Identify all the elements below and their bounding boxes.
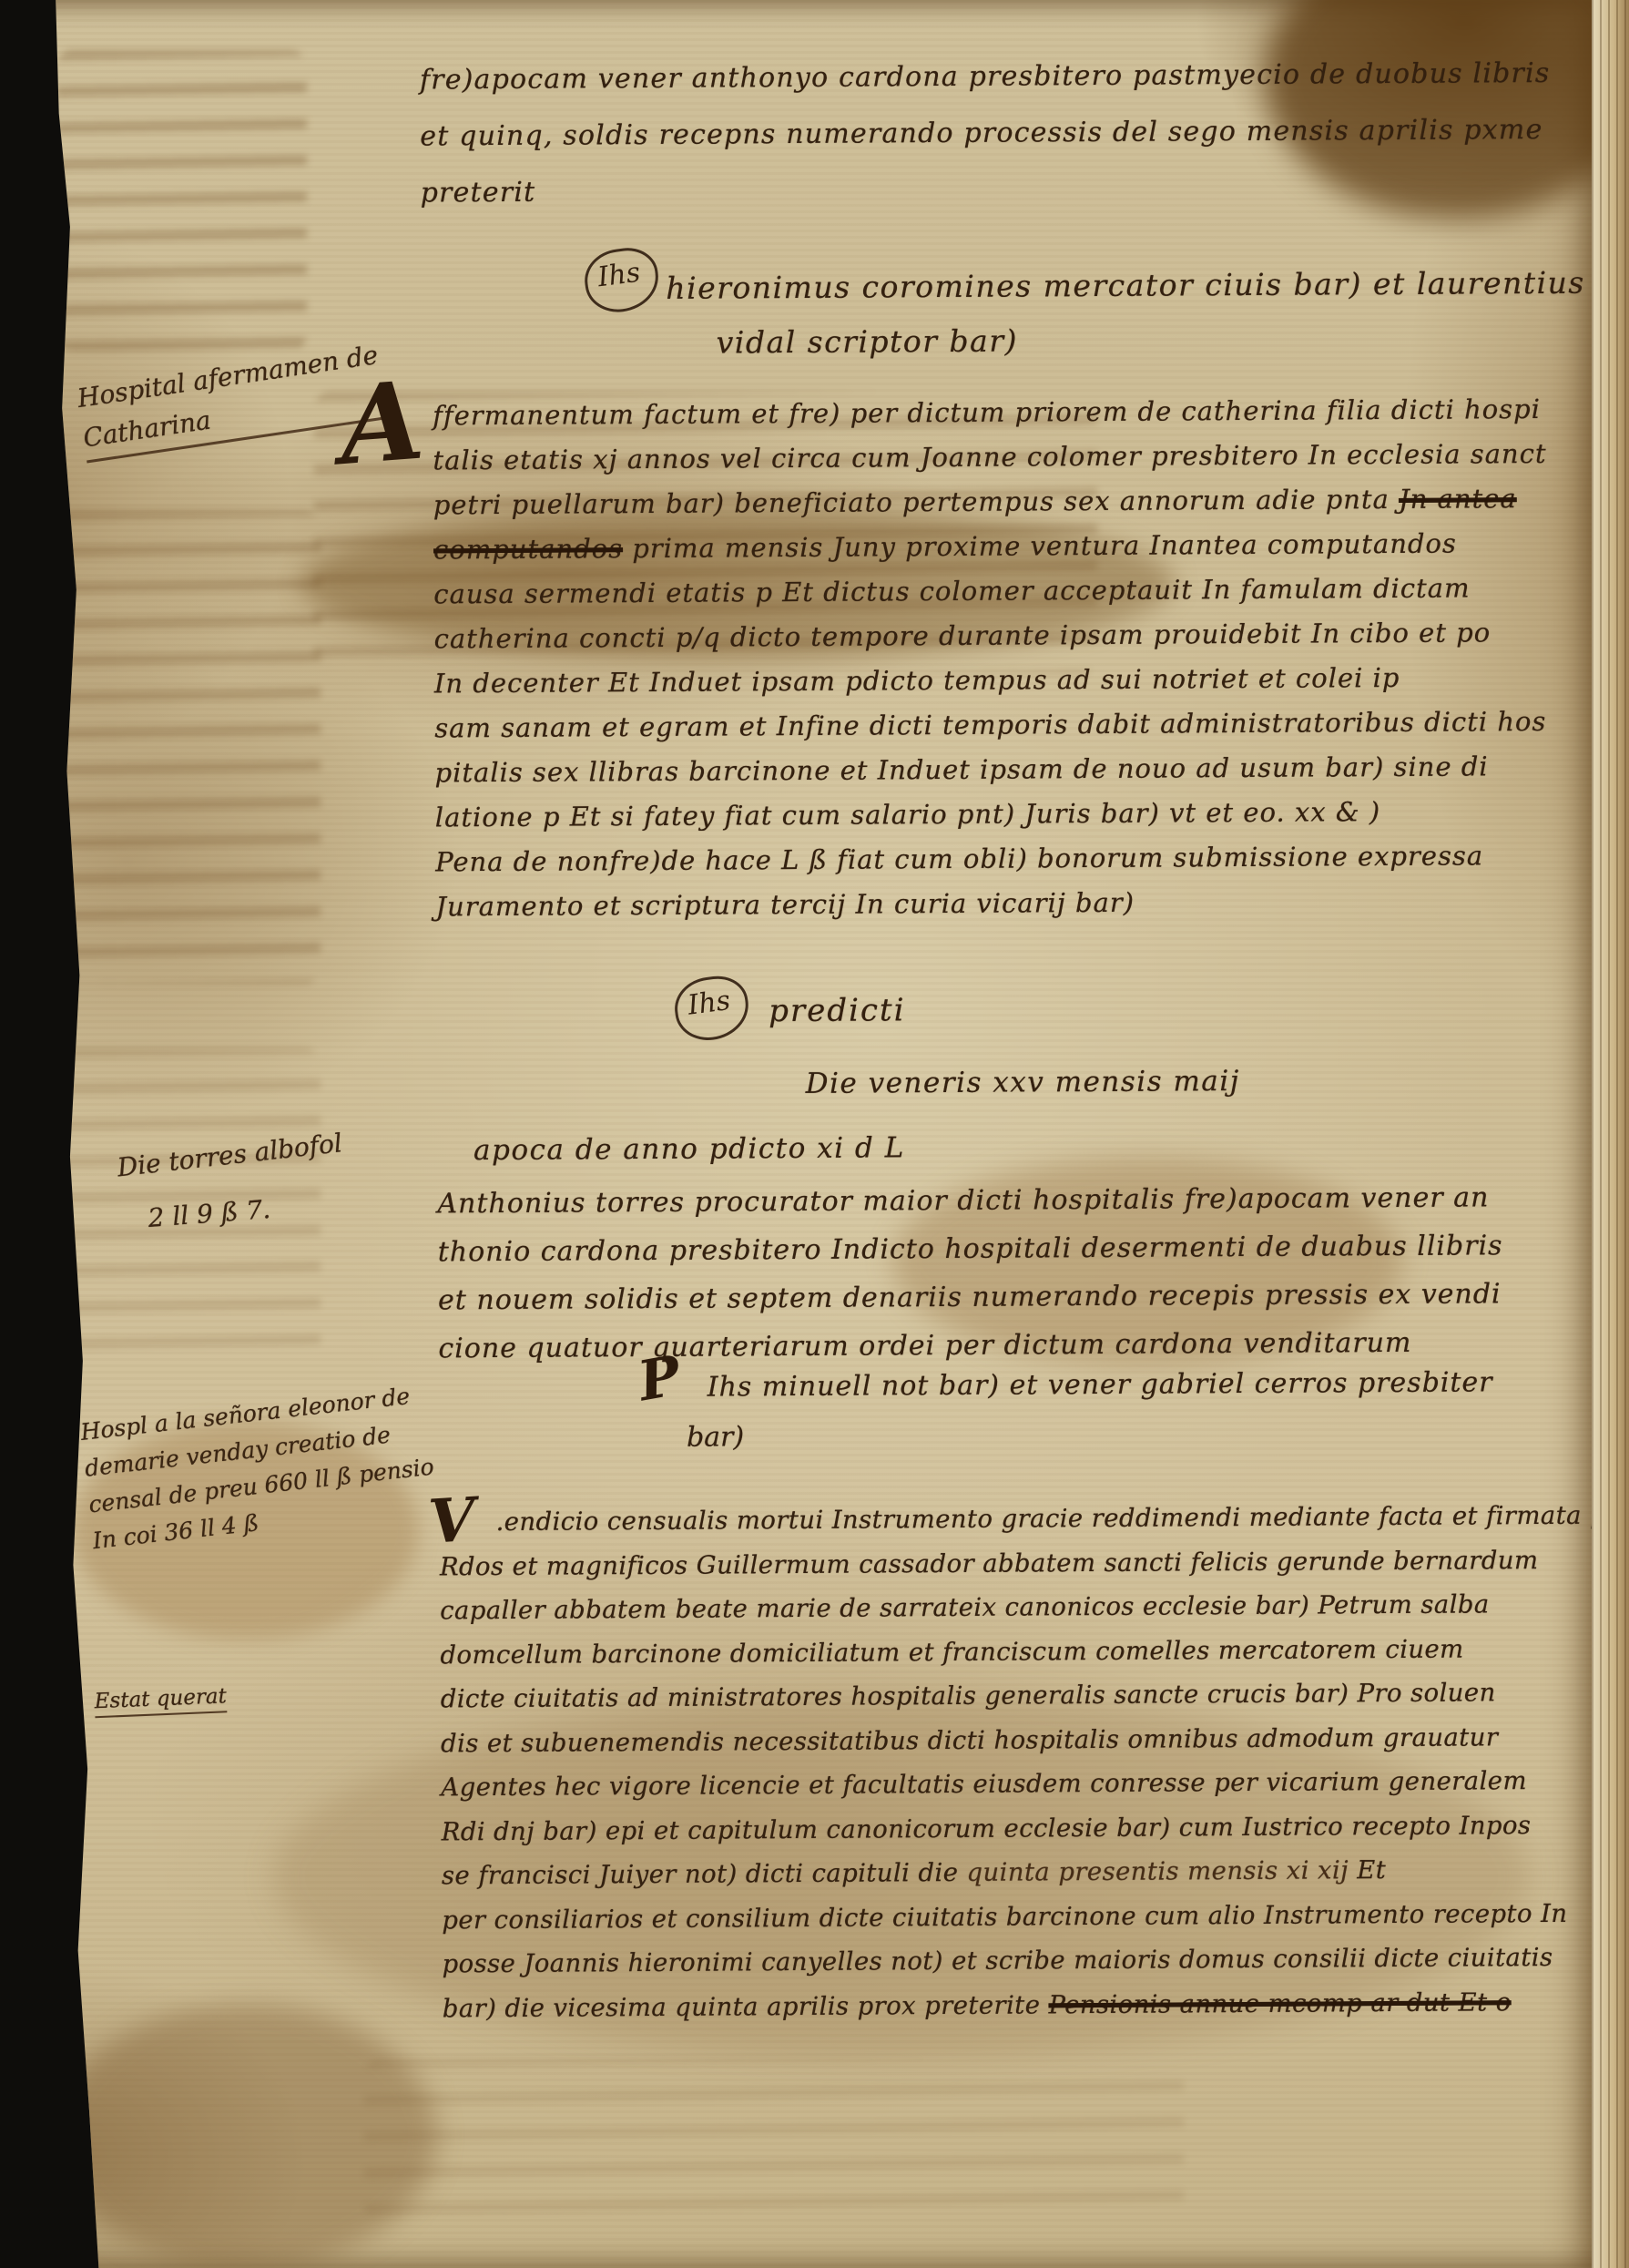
text-line: se francisci Juiyer not) dicti capituli … <box>442 1847 1609 1898</box>
text-segment: se francisci Juiyer not) dicti capituli … <box>442 1858 967 1891</box>
text-line: Anthonius torres procurator maior dicti … <box>437 1173 1502 1228</box>
notaries-line: Ihs minuell not bar) et vener gabriel ce… <box>708 1366 1493 1403</box>
text-line: et quinq, soldis recepns numerando proce… <box>420 102 1551 166</box>
text-line: pitalis sex llibras barcinone et Induet … <box>434 744 1548 795</box>
margin-note-censal: Hospl a la señora eleonor de demarie ven… <box>79 1376 440 1559</box>
text-segment: bar) die vicesima quinta aprilis prox pr… <box>443 1990 1049 2023</box>
handwritten-text-layer: fre)apocam vener anthonyo cardona presbi… <box>0 0 1599 2268</box>
entry-heading-predicti: predicti <box>769 992 906 1029</box>
struck-text: Jn antea <box>1399 483 1517 515</box>
text-line: posse Joannis hieronimi canyelles not) e… <box>442 1936 1609 1987</box>
text-line: Agentes hec vigore licencie et facultati… <box>441 1759 1608 1810</box>
text-line: Pena de nonfre)de hace L ß fiat cum obli… <box>435 833 1549 884</box>
text-segment: Et <box>1349 1855 1386 1885</box>
date-line: Die veneris xxv mensis maij <box>806 1065 1240 1100</box>
text-line: cione quatuor quarteriarum ordei per dic… <box>438 1318 1503 1373</box>
text-line: dis et subuenemendis necessitatibus dict… <box>441 1714 1608 1765</box>
text-line: In decenter Et Induet ipsam pdicto tempu… <box>434 655 1548 706</box>
text-line: .endicio censualis mortui Instrumento gr… <box>439 1494 1606 1545</box>
entry-heading: hieronimus coromines mercator ciuis bar)… <box>666 265 1585 306</box>
text-line: fre)apocam vener anthonyo cardona presbi… <box>420 46 1551 109</box>
text-line: ffermanentum factum et fre) per dictum p… <box>433 387 1546 438</box>
text-line: per consiliarios et consilium dicte ciui… <box>442 1891 1609 1942</box>
vendicio-paragraph: .endicio censualis mortui Instrumento gr… <box>439 1494 1609 2031</box>
text-line: Rdos et magnificos Guillermum cassador a… <box>440 1538 1607 1589</box>
text-line: petri puellarum bar) beneficiato pertemp… <box>433 476 1547 527</box>
notaries-line: bar) <box>687 1421 744 1453</box>
text-segment: prima mensis Juny proxime ventura Inante… <box>623 528 1457 565</box>
text-segment: petri puellarum bar) beneficiato pertemp… <box>433 484 1400 520</box>
text-line: catherina concti p/q dicto tempore duran… <box>434 610 1548 661</box>
apoca-paragraph: Anthonius torres procurator maior dicti … <box>437 1173 1503 1373</box>
struck-text: computandos <box>433 533 623 565</box>
margin-note-torres: Die torres albofol <box>116 1128 343 1182</box>
text-line: preterit <box>420 158 1551 222</box>
decorated-initial-A: A <box>335 356 428 489</box>
inserted-text: quinta presentis mensis xi xij <box>966 1855 1349 1887</box>
margin-note-estat-querat: Estat querat <box>94 1684 227 1718</box>
text-line: thonio cardona presbitero Indicto hospit… <box>438 1221 1503 1276</box>
text-line: domcellum barcinone domiciliatum et fran… <box>440 1626 1607 1677</box>
notarial-paraph: Ihs <box>581 244 662 316</box>
text-line: computandos prima mensis Juny proxime ve… <box>433 521 1547 572</box>
manuscript-page: fre)apocam vener anthonyo cardona presbi… <box>0 0 1592 2268</box>
apoca-line: apoca de anno pdicto xi d L <box>473 1131 905 1167</box>
text-line: capaller abbatem beate marie de sarratei… <box>440 1582 1607 1633</box>
notarial-paraph: Ihs <box>671 973 752 1045</box>
margin-note-amount: 2 ll 9 ß 7. <box>147 1194 271 1233</box>
text-line: et nouem solidis et septem denariis nume… <box>438 1270 1503 1324</box>
top-paragraph: fre)apocam vener anthonyo cardona presbi… <box>420 46 1552 222</box>
text-line: latione p Et si fatey fiat cum salario p… <box>435 789 1549 840</box>
text-line: sam sanam et egram et Infine dicti tempo… <box>434 700 1548 751</box>
text-line: Rdi dnj bar) epi et capitulum canonicoru… <box>442 1803 1609 1854</box>
struck-text: Pensionis annue mcomp ar dut Et o <box>1048 1987 1511 2019</box>
text-line: bar) die vicesima quinta aprilis prox pr… <box>443 1979 1610 2030</box>
entry-heading: vidal scriptor bar) <box>717 322 1018 360</box>
afermament-paragraph: ffermanentum factum et fre) per dictum p… <box>433 387 1550 929</box>
text-line: causa sermendi etatis p Et dictus colome… <box>433 566 1547 617</box>
text-line: talis etatis xj annos vel circa cum Joan… <box>433 432 1546 483</box>
text-line: dicte ciuitatis ad ministratores hospita… <box>441 1670 1608 1721</box>
text-line: Juramento et scriptura tercij In curia v… <box>435 878 1549 929</box>
